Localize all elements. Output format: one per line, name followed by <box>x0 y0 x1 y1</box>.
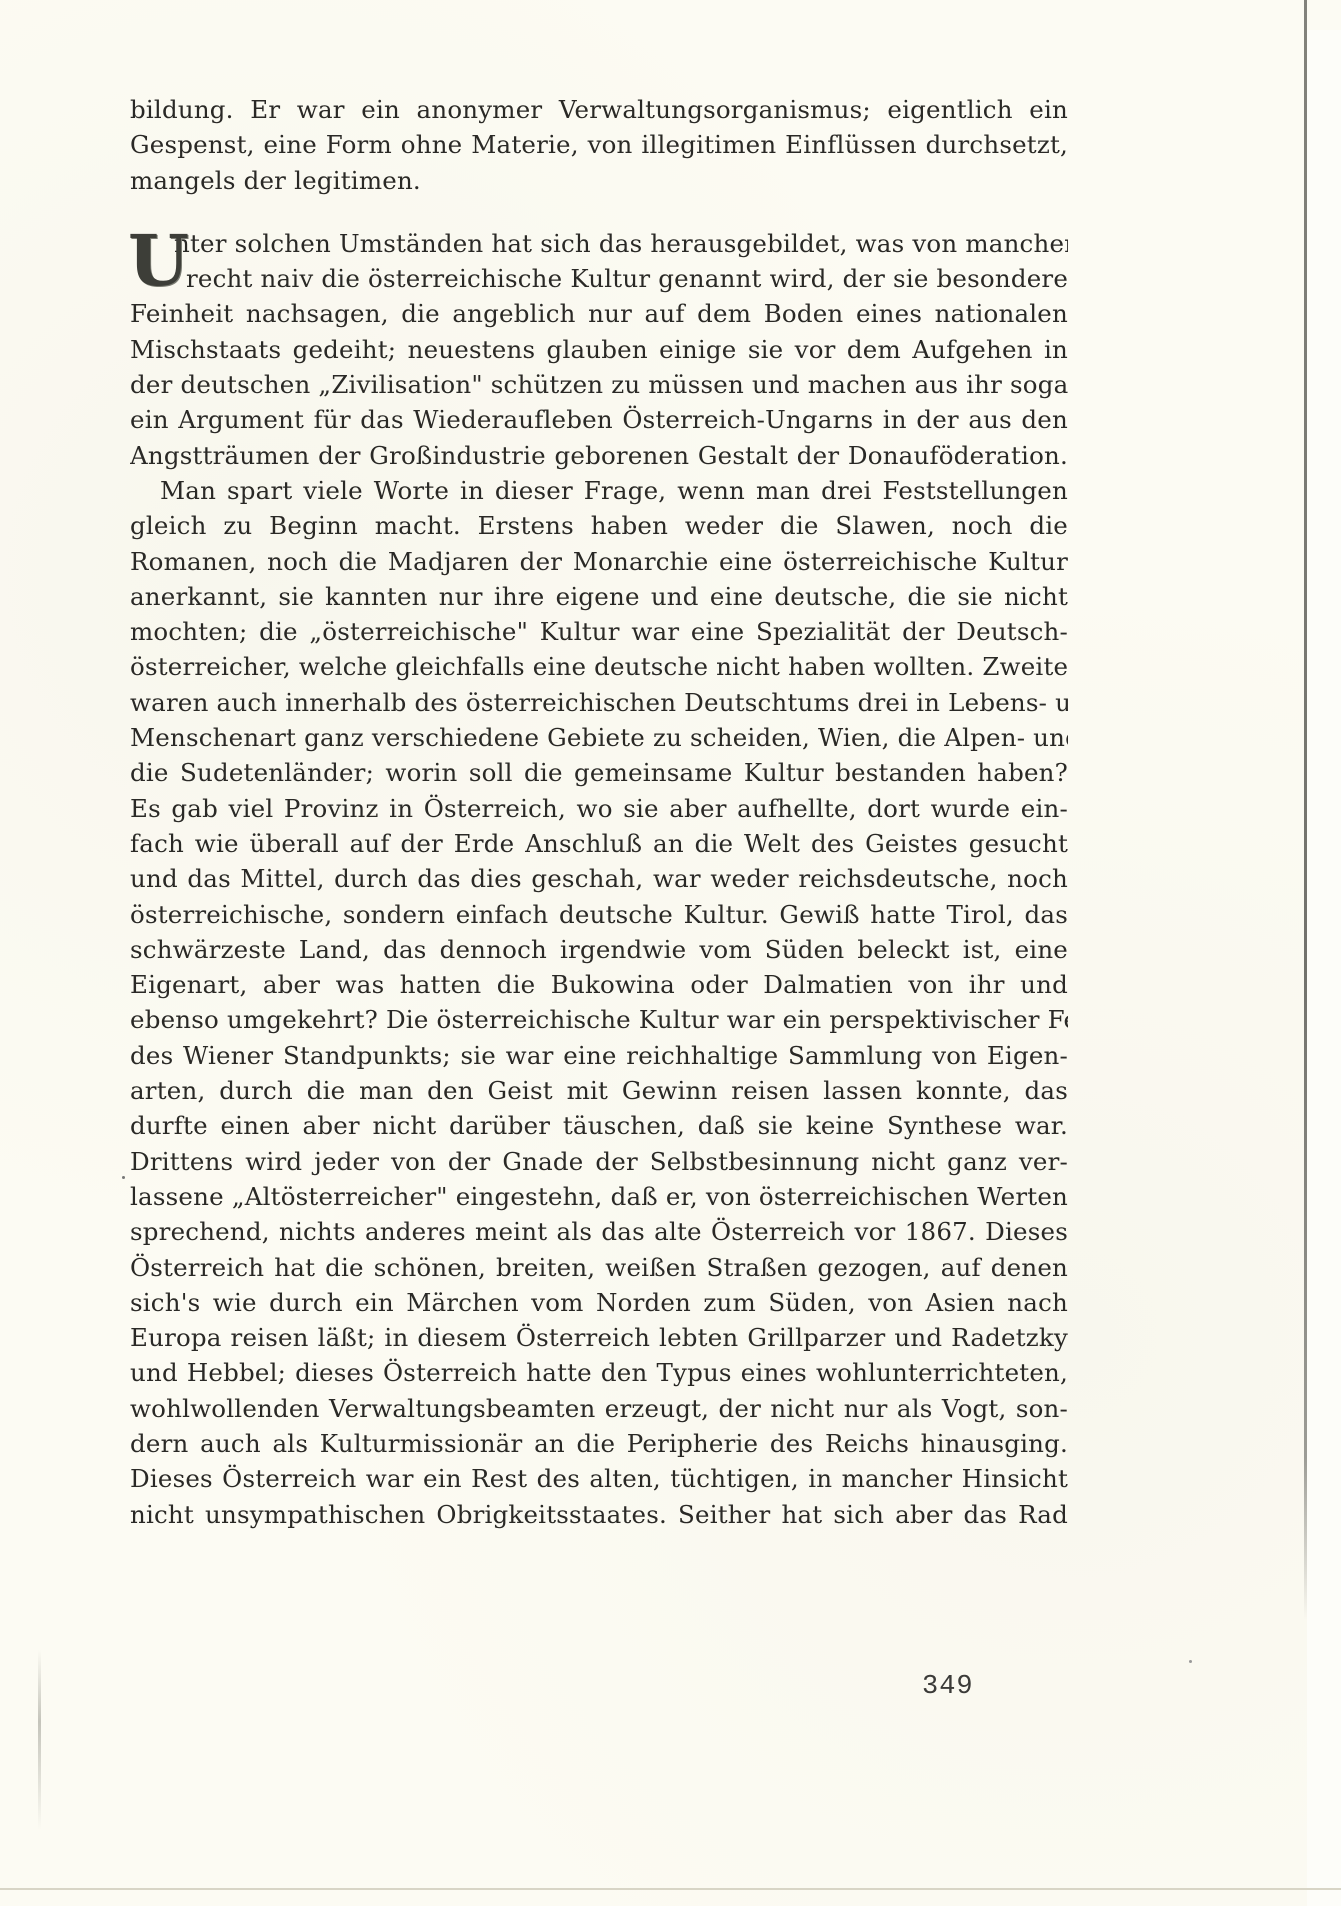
text-line: der deutschen „Zivilisation" schützen zu… <box>130 367 1068 402</box>
text-line: Mischstaats gedeiht; neuestens glauben e… <box>130 332 1068 367</box>
text-line: Drittens wird jeder von der Gnade der Se… <box>130 1144 1068 1179</box>
text-line: mochten; die „österreichische" Kultur wa… <box>130 614 1068 649</box>
scanned-page: bildung. Er war ein anonymer Verwaltungs… <box>0 0 1341 1906</box>
text-line: sich's wie durch ein Märchen vom Norden … <box>130 1285 1068 1320</box>
text-line: Gespenst, eine Form ohne Materie, von il… <box>130 127 1068 162</box>
paragraph-3: Man spart viele Worte in dieser Frage, w… <box>130 473 1068 1532</box>
text-line: gleich zu Beginn macht. Erstens haben we… <box>130 508 1068 543</box>
text-line: und das Mittel, durch das dies geschah, … <box>130 861 1068 896</box>
page-edge-shadow <box>38 1650 41 1830</box>
text-line: Es gab viel Provinz in Österreich, wo si… <box>130 791 1068 826</box>
text-line: nter solchen Umständen hat sich das hera… <box>130 226 1068 261</box>
scan-speck <box>1189 1660 1192 1663</box>
text-line: mangels der legitimen. <box>130 163 1068 198</box>
text-line: ein Argument für das Wiederaufleben Öste… <box>130 402 1068 437</box>
page-margin-right <box>1307 30 1341 1906</box>
text-line: Eigenart, aber was hatten die Bukowina o… <box>130 967 1068 1002</box>
paragraph-2: U nter solchen Umständen hat sich das he… <box>130 226 1068 473</box>
text-line: nicht unsympathischen Obrigkeitsstaates.… <box>130 1497 1068 1532</box>
text-line: und Hebbel; dieses Österreich hatte den … <box>130 1355 1068 1390</box>
text-line: Man spart viele Worte in dieser Frage, w… <box>130 473 1068 508</box>
text-line: des Wiener Standpunkts; sie war eine rei… <box>130 1038 1068 1073</box>
text-line: österreicher, welche gleichfalls eine de… <box>130 649 1068 684</box>
text-line: Österreich hat die schönen, breiten, wei… <box>130 1250 1068 1285</box>
text-line: dern auch als Kulturmissionär an die Per… <box>130 1426 1068 1461</box>
drop-cap: U <box>128 228 189 294</box>
text-line: ebenso umgekehrt? Die österreichische Ku… <box>130 1002 1068 1037</box>
paragraph-spacer <box>130 198 1068 226</box>
page-edge-line <box>1304 0 1307 1620</box>
text-line: Romanen, noch die Madjaren der Monarchie… <box>130 544 1068 579</box>
scan-speck <box>122 1176 125 1179</box>
page-number: 349 <box>922 1672 974 1702</box>
text-line: Dieses Österreich war ein Rest des alten… <box>130 1461 1068 1496</box>
text-line: schwärzeste Land, das dennoch irgendwie … <box>130 932 1068 967</box>
text-line: Angstträumen der Großindustrie geborenen… <box>130 438 1068 473</box>
text-line: lassene „Altösterreicher" eingestehn, da… <box>130 1179 1068 1214</box>
text-line: Menschenart ganz verschiedene Gebiete zu… <box>130 720 1068 755</box>
page-bottom-edge <box>0 1888 1341 1890</box>
text-line: waren auch innerhalb des österreichische… <box>130 685 1068 720</box>
text-line: fach wie überall auf der Erde Anschluß a… <box>130 826 1068 861</box>
text-line: österreichische, sondern einfach deutsch… <box>130 897 1068 932</box>
text-line: wohlwollenden Verwaltungsbeamten erzeugt… <box>130 1391 1068 1426</box>
body-text: bildung. Er war ein anonymer Verwaltungs… <box>130 92 1068 1532</box>
text-line: Feinheit nachsagen, die angeblich nur au… <box>130 296 1068 331</box>
text-line: Europa reisen läßt; in diesem Österreich… <box>130 1320 1068 1355</box>
text-line: recht naiv die österreichische Kultur ge… <box>130 261 1068 296</box>
text-line: sprechend, nichts anderes meint als das … <box>130 1214 1068 1249</box>
paragraph-1: bildung. Er war ein anonymer Verwaltungs… <box>130 92 1068 198</box>
text-line: bildung. Er war ein anonymer Verwaltungs… <box>130 92 1068 127</box>
text-line: arten, durch die man den Geist mit Gewin… <box>130 1073 1068 1108</box>
text-line: anerkannt, sie kannten nur ihre eigene u… <box>130 579 1068 614</box>
text-line: durfte einen aber nicht darüber täuschen… <box>130 1108 1068 1143</box>
text-line: die Sudetenländer; worin soll die gemein… <box>130 755 1068 790</box>
